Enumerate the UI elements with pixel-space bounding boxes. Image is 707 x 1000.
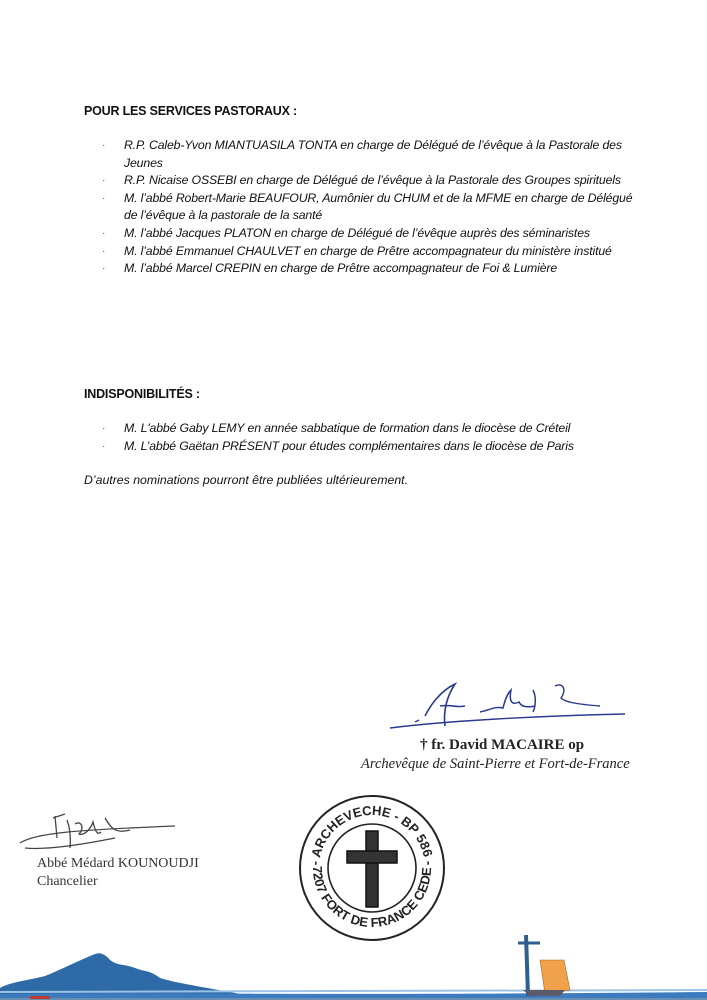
- bullet-icon: ·: [102, 225, 105, 243]
- closing-note: D’autres nominations pourront être publi…: [84, 473, 408, 487]
- list-item-text: M. l’abbé Marcel CREPIN en charge de Prê…: [124, 261, 557, 275]
- bullet-icon: ·: [102, 420, 105, 438]
- list-item: ·R.P. Nicaise OSSEBI en charge de Délégu…: [84, 172, 644, 190]
- list-item-text: M. L'abbé Gaby LEMY en année sabbatique …: [124, 421, 570, 435]
- pastoral-services-list: ·R.P. Caleb-Yvon MIANTUASILA TONTA en ch…: [84, 137, 644, 278]
- list-item: ·M. L’abbé Gaëtan PRÉSENT pour études co…: [84, 438, 644, 456]
- bullet-icon: ·: [102, 137, 105, 155]
- bullet-icon: ·: [102, 172, 105, 190]
- list-item-text: M. l’abbé Emmanuel CHAULVET en charge de…: [124, 244, 612, 258]
- sailboat-cross-icon: [518, 935, 570, 996]
- list-item: ·M. L'abbé Gaby LEMY en année sabbatique…: [84, 420, 644, 438]
- list-item-text: M. l’abbé Robert-Marie BEAUFOUR, Aumônie…: [124, 191, 632, 223]
- chancellor-signature: [15, 808, 175, 858]
- archbishop-title: Archevêque de Saint-Pierre et Fort-de-Fr…: [361, 756, 630, 773]
- chancellor-title: Chancelier: [37, 874, 98, 890]
- list-item-text: R.P. Caleb-Yvon MIANTUASILA TONTA en cha…: [124, 138, 622, 170]
- list-item-text: R.P. Nicaise OSSEBI en charge de Délégué…: [124, 173, 621, 187]
- archbishop-signature: [385, 676, 635, 736]
- cross-icon: [347, 831, 397, 907]
- bullet-icon: ·: [102, 243, 105, 261]
- bullet-icon: ·: [102, 260, 105, 278]
- archdiocese-stamp: - ARCHEVECHE - BP 586 - 97207 FORT DE FR…: [297, 793, 447, 943]
- bullet-icon: ·: [102, 190, 105, 208]
- unavailabilities-list: ·M. L'abbé Gaby LEMY en année sabbatique…: [84, 420, 644, 455]
- list-item-text: M. L’abbé Gaëtan PRÉSENT pour études com…: [124, 439, 574, 453]
- archbishop-name: † fr. David MACAIRE op: [420, 737, 584, 754]
- unavailabilities-heading: INDISPONIBILITÉS :: [84, 387, 200, 401]
- list-item: ·M. l’abbé Marcel CREPIN en charge de Pr…: [84, 260, 644, 278]
- chancellor-name: Abbé Médard KOUNOUDJI: [37, 856, 199, 872]
- list-item: ·M. l’abbé Jacques PLATON en charge de D…: [84, 225, 644, 243]
- island-mountain-icon: [0, 953, 240, 994]
- list-item: ·M. l’abbé Robert-Marie BEAUFOUR, Aumôni…: [84, 190, 644, 225]
- footer-seascape-illustration: [0, 930, 707, 1000]
- pastoral-services-heading: POUR LES SERVICES PASTORAUX :: [84, 104, 297, 118]
- list-item-text: M. l’abbé Jacques PLATON en charge de Dé…: [124, 226, 590, 240]
- list-item: ·R.P. Caleb-Yvon MIANTUASILA TONTA en ch…: [84, 137, 644, 172]
- list-item: ·M. l’abbé Emmanuel CHAULVET en charge d…: [84, 243, 644, 261]
- bullet-icon: ·: [102, 438, 105, 456]
